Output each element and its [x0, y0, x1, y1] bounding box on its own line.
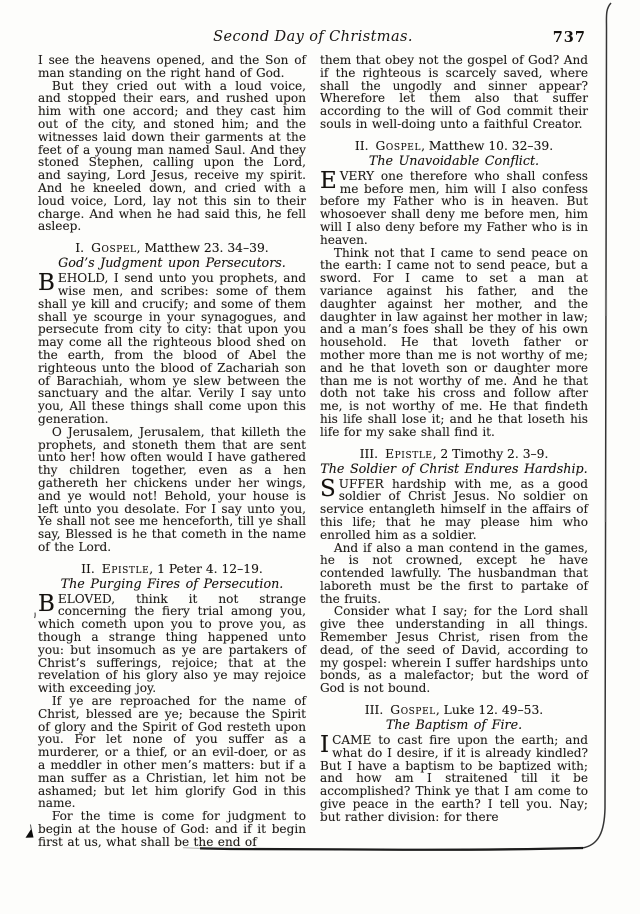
paragraph: O Jerusalem, Jerusalem, that killeth the…: [38, 426, 306, 554]
scripture-reference: , Matthew 10. 32–39.: [421, 139, 553, 153]
column-left: I see the heavens opened, and the Son of…: [38, 54, 306, 849]
paragraph: And if also a man contend in the games, …: [320, 542, 588, 606]
scripture-paragraph: ICAME to cast fire upon the earth; and w…: [320, 734, 588, 824]
section-label: Gospel: [375, 139, 421, 153]
ink-blot-tail: [30, 825, 31, 830]
paragraph-text: EHOLD, I send unto you prophets, and wis…: [38, 271, 306, 426]
section-heading: III.Gospel, Luke 12. 49–53.: [320, 703, 588, 717]
paragraph: I see the heavens opened, and the Son of…: [38, 54, 306, 80]
section-label: Epistle: [102, 562, 150, 576]
scripture-reference: , 1 Peter 4. 12–19.: [149, 562, 263, 576]
scripture-paragraph: EVERY one therefore who shall confess me…: [320, 170, 588, 247]
section-subtitle: God’s Judgment upon Persecutors.: [38, 256, 306, 270]
text-columns: I see the heavens opened, and the Son of…: [38, 54, 588, 849]
ink-blot-triangle: [26, 829, 34, 838]
book-page-scan: Second Day of Christmas. 737 I see the h…: [0, 0, 640, 914]
running-head: Second Day of Christmas. 737: [38, 29, 588, 49]
section-heading: II.Gospel, Matthew 10. 32–39.: [320, 139, 588, 153]
scripture-reference: , Luke 12. 49–53.: [436, 703, 543, 717]
scripture-paragraph: SUFFER hardship with me, as a good soldi…: [320, 478, 588, 542]
page-number: 737: [553, 29, 586, 46]
section-heading: III.Epistle, 2 Timothy 2. 3–9.: [320, 447, 588, 461]
column-right: them that obey not the gospel of God? An…: [320, 54, 588, 849]
page-title: Second Day of Christmas.: [38, 29, 588, 45]
drop-cap: E: [320, 170, 340, 191]
paragraph: But they cried out with a loud voice, an…: [38, 80, 306, 234]
section-subtitle: The Purging Fires of Persecution.: [38, 577, 306, 591]
paragraph-text: VERY one therefore who shall confess me …: [320, 169, 588, 247]
section-subtitle: The Baptism of Fire.: [320, 718, 588, 732]
scripture-reference: , 2 Timothy 2. 3–9.: [433, 447, 549, 461]
section-numeral: II.: [355, 139, 369, 153]
section-heading: I.Gospel, Matthew 23. 34–39.: [38, 241, 306, 255]
paragraph: Consider what I say; for the Lord shall …: [320, 605, 588, 695]
section-label: Gospel: [91, 241, 137, 255]
section-subtitle: The Soldier of Christ Endures Hardship.: [320, 462, 588, 476]
drop-cap: S: [320, 478, 339, 499]
section-heading: II.Epistle, 1 Peter 4. 12–19.: [38, 562, 306, 576]
paragraph: For the time is come for judgment to beg…: [38, 810, 306, 848]
section-numeral: III.: [360, 447, 378, 461]
paragraph-text: UFFER hardship with me, as a good soldie…: [320, 477, 588, 542]
section-subtitle: The Unavoidable Conflict.: [320, 154, 588, 168]
section-numeral: I.: [75, 241, 84, 255]
paragraph-text: ELOVED, think it not strange concerning …: [38, 592, 306, 696]
section-label: Epistle: [385, 447, 433, 461]
drop-cap: B: [38, 593, 58, 614]
scripture-reference: , Matthew 23. 34–39.: [137, 241, 269, 255]
section-label: Gospel: [390, 703, 436, 717]
paragraph-text: CAME to cast fire upon the earth; and wh…: [320, 733, 588, 824]
scripture-paragraph: BEHOLD, I send unto you prophets, and wi…: [38, 272, 306, 426]
drop-cap: I: [320, 734, 332, 755]
paragraph: them that obey not the gospel of God? An…: [320, 54, 588, 131]
margin-apostrophe-mark: [35, 613, 36, 618]
section-numeral: III.: [365, 703, 383, 717]
scripture-paragraph: BELOVED, think it not strange concerning…: [38, 593, 306, 695]
drop-cap: B: [38, 272, 58, 293]
paragraph: Think not that I came to send peace on t…: [320, 247, 588, 439]
section-numeral: II.: [81, 562, 95, 576]
paragraph: If ye are reproached for the name of Chr…: [38, 695, 306, 810]
